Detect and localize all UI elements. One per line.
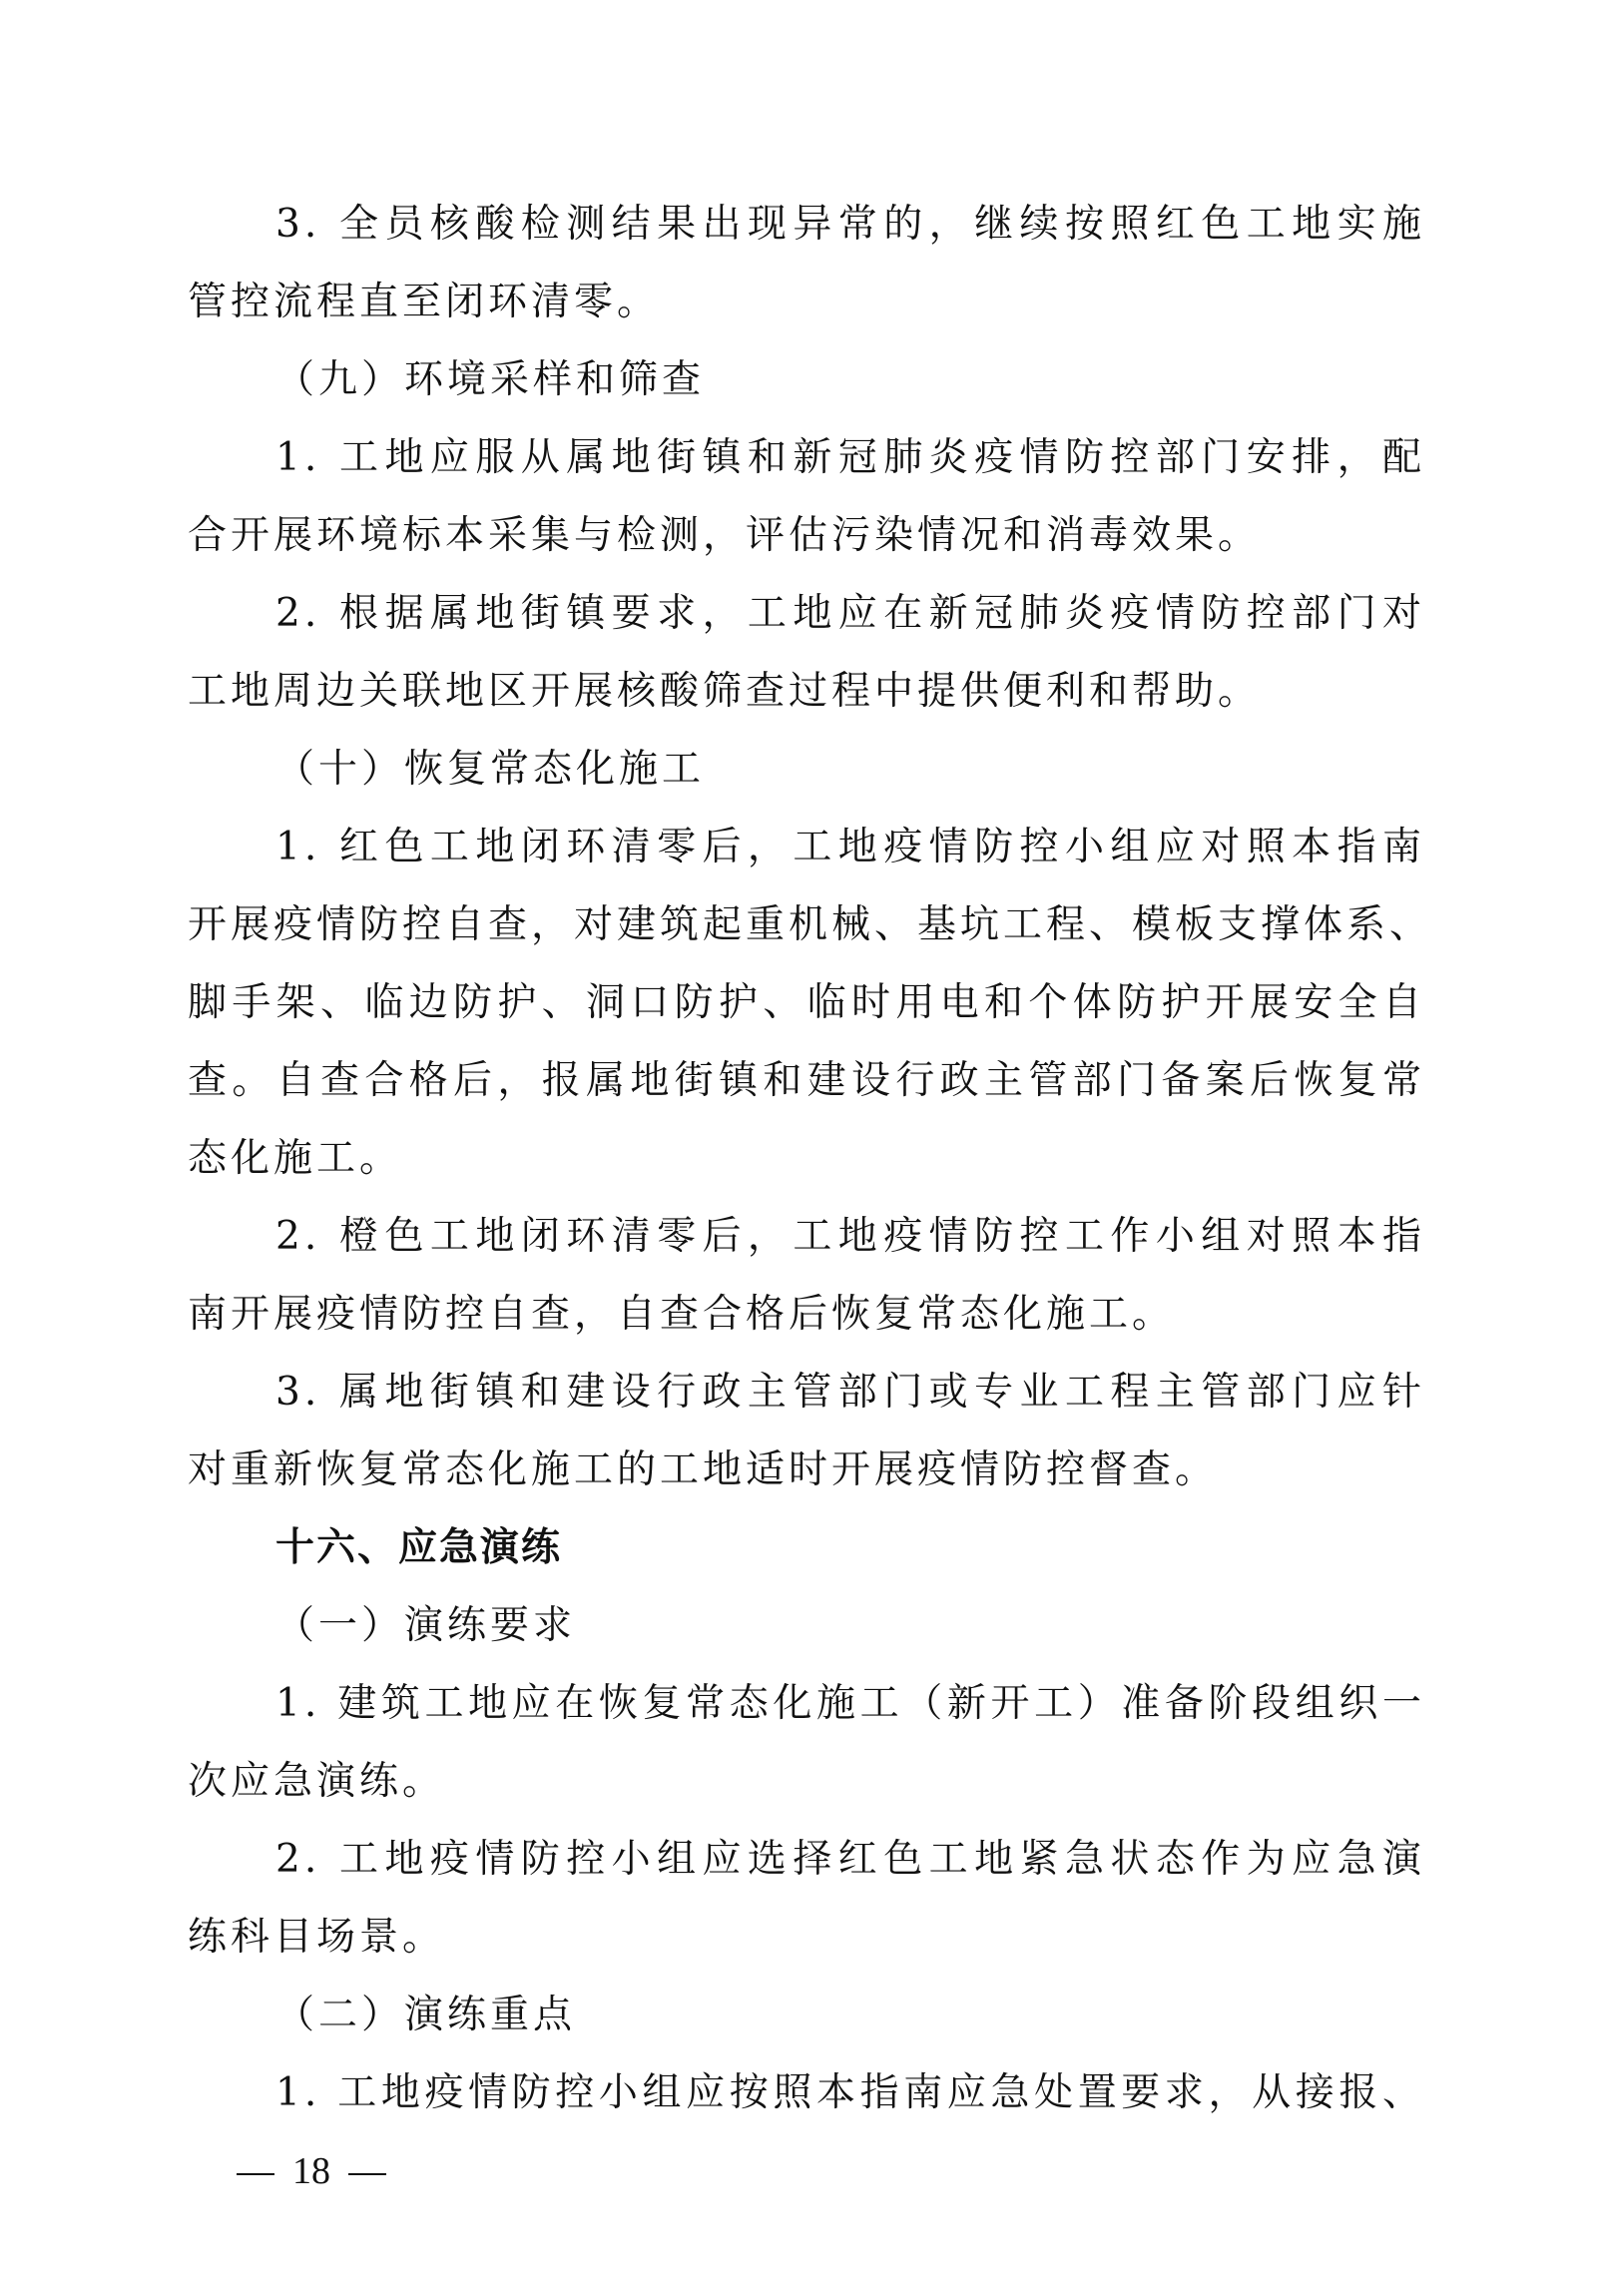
page-number: 18 xyxy=(237,2146,386,2196)
paragraph-line: 练科目场景。 xyxy=(188,1899,1425,1977)
page-number-value: 18 xyxy=(274,2146,348,2196)
paragraph-line: 合开展环境标本采集与检测，评估污染情况和消毒效果。 xyxy=(188,497,1425,575)
paragraph-line: 1. 建筑工地应在恢复常态化施工（新开工）准备阶段组织一 xyxy=(188,1665,1425,1743)
paragraph-line: 1. 红色工地闭环清零后，工地疫情防控小组应对照本指南 xyxy=(188,809,1425,886)
paragraph-line: 工地周边关联地区开展核酸筛查过程中提供便利和帮助。 xyxy=(188,653,1425,731)
paragraph-line: 开展疫情防控自查，对建筑起重机械、基坑工程、模板支撑体系、 xyxy=(188,886,1425,964)
page-number-left-dash xyxy=(237,2173,274,2175)
section-subheading: （九）环境采样和筛查 xyxy=(188,341,1425,419)
paragraph-line: 南开展疫情防控自查，自查合格后恢复常态化施工。 xyxy=(188,1276,1425,1354)
paragraph-line: 次应急演练。 xyxy=(188,1743,1425,1821)
paragraph-line: 2. 工地疫情防控小组应选择红色工地紧急状态作为应急演 xyxy=(188,1821,1425,1899)
paragraph-line: 管控流程直至闭环清零。 xyxy=(188,264,1425,341)
paragraph-line: 2. 根据属地街镇要求，工地应在新冠肺炎疫情防控部门对 xyxy=(188,575,1425,653)
paragraph-line: 2. 橙色工地闭环清零后，工地疫情防控工作小组对照本指 xyxy=(188,1198,1425,1276)
paragraph-line: 对重新恢复常态化施工的工地适时开展疫情防控督查。 xyxy=(188,1432,1425,1509)
section-heading: 十六、应急演练 xyxy=(188,1509,1425,1587)
section-subheading: （二）演练重点 xyxy=(188,1977,1425,2054)
paragraph-line: 1. 工地疫情防控小组应按照本指南应急处置要求，从接报、 xyxy=(188,2054,1425,2132)
page-number-right-dash xyxy=(348,2173,386,2175)
page-body: 3. 全员核酸检测结果出现异常的，继续按照红色工地实施 管控流程直至闭环清零。 … xyxy=(188,186,1425,2132)
paragraph-line: 查。自查合格后，报属地街镇和建设行政主管部门备案后恢复常 xyxy=(188,1042,1425,1120)
document-page: 3. 全员核酸检测结果出现异常的，继续按照红色工地实施 管控流程直至闭环清零。 … xyxy=(0,0,1597,2296)
paragraph-line: 3. 全员核酸检测结果出现异常的，继续按照红色工地实施 xyxy=(188,186,1425,264)
section-subheading: （一）演练要求 xyxy=(188,1587,1425,1665)
paragraph-line: 脚手架、临边防护、洞口防护、临时用电和个体防护开展安全自 xyxy=(188,964,1425,1042)
section-subheading: （十）恢复常态化施工 xyxy=(188,731,1425,809)
paragraph-line: 3. 属地街镇和建设行政主管部门或专业工程主管部门应针 xyxy=(188,1354,1425,1432)
paragraph-line: 1. 工地应服从属地街镇和新冠肺炎疫情防控部门安排，配 xyxy=(188,419,1425,497)
paragraph-line: 态化施工。 xyxy=(188,1120,1425,1198)
